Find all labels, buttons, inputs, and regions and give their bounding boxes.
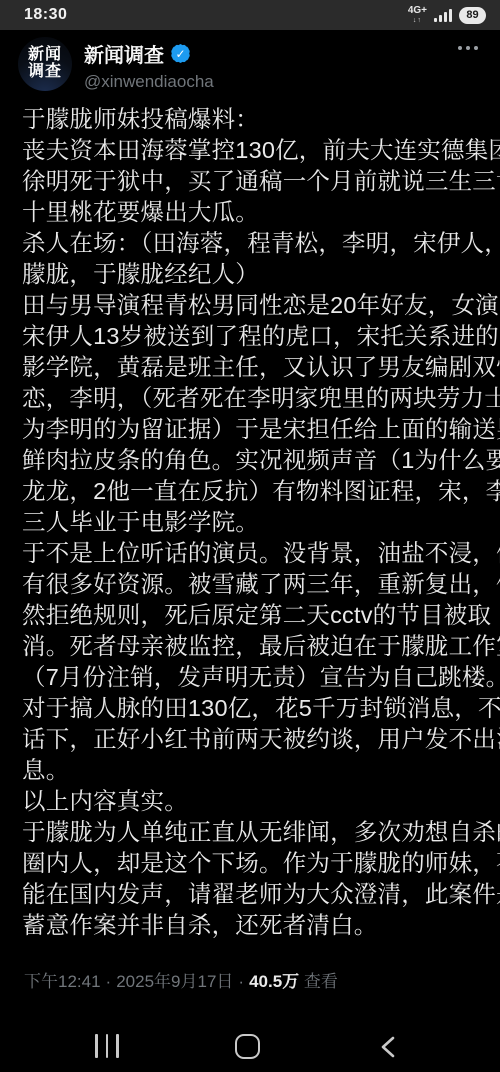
avatar[interactable]: 新闻 调查 <box>18 37 72 91</box>
network-activity-arrows: ↓↑ <box>413 17 422 24</box>
post-text-line: 杀人在场：（田海蓉，程青松，李明，宋伊人，于 <box>22 228 480 259</box>
post-text-line: 徐明死于狱中，买了通稿一个月前就说三生三世 <box>22 166 480 197</box>
post-text-line: 圈内人，却是这个下场。作为于朦胧的师妹，不 <box>22 848 480 879</box>
post-text-line: 田与男导演程青松男同性恋是20年好友，女演员 <box>22 290 480 321</box>
post-text-line: 对于搞人脉的田130亿，花5千万封锁消息，不在 <box>22 693 480 724</box>
post-text-line: 于朦胧师妹投稿爆料： <box>22 104 480 135</box>
home-icon[interactable] <box>235 1034 260 1059</box>
avatar-text-bottom: 调查 <box>28 64 62 81</box>
post-text-line: （7月份注销，发声明无责）宣告为自己跳楼。 <box>22 662 480 693</box>
post-text-line: 以上内容真实。 <box>22 786 480 817</box>
post-text: 于朦胧师妹投稿爆料：丧夫资本田海蓉掌控130亿，前夫大连实德集团徐明死于狱中，买… <box>0 92 500 941</box>
post-text-line: 有很多好资源。被雪藏了两三年，重新复出，仍 <box>22 569 480 600</box>
post-text-line: 能在国内发声，请翟老师为大众澄清，此案件是 <box>22 879 480 910</box>
post-text-line: 宋伊人13岁被送到了程的虎口，宋托关系进的电 <box>22 321 480 352</box>
author-handle[interactable]: @xinwendiaocha <box>84 72 214 92</box>
post-text-line: 为李明的为留证据）于是宋担任给上面的输送男 <box>22 414 480 445</box>
post-text-line: 蓄意作案并非自杀，还死者清白。 <box>22 910 480 941</box>
back-icon[interactable] <box>380 1035 396 1064</box>
post-text-line: 龙龙，2他一直在反抗）有物料图证程，宋，李 <box>22 476 480 507</box>
post-text-line: 消。死者母亲被监控，最后被迫在于朦胧工作室 <box>22 631 480 662</box>
post-time: 下午12:41 <box>24 972 101 991</box>
views-label[interactable]: 查看 <box>304 972 338 991</box>
post-text-line: 话下，正好小红书前两天被约谈，用户发不出消 <box>22 724 480 755</box>
battery-icon: 89 <box>459 7 486 24</box>
post-header: 新闻 调查 新闻调查 ✓ @xinwendiaocha <box>0 30 500 92</box>
post-text-line: 然拒绝规则，死后原定第二天cctv的节目被取 <box>22 600 480 631</box>
post-meta: 下午12:41·2025年9月17日·40.5万 查看 <box>0 941 500 992</box>
author-info: 新闻调查 ✓ @xinwendiaocha <box>84 37 214 92</box>
post-text-line: 影学院，黄磊是班主任，又认识了男友编剧双性 <box>22 352 480 383</box>
android-nav-bar <box>0 1020 500 1072</box>
post-text-line: 于朦胧为人单纯正直从无绯闻，多次劝想自杀的 <box>22 817 480 848</box>
post-text-line: 丧夫资本田海蓉掌控130亿，前夫大连实德集团 <box>22 135 480 166</box>
verified-badge-icon: ✓ <box>171 44 190 63</box>
post-text-line: 朦胧，于朦胧经纪人） <box>22 259 480 290</box>
network-type-icon: 4G+ ↓↑ <box>408 6 427 24</box>
post-text-line: 三人毕业于电影学院。 <box>22 507 480 538</box>
post-text-line: 息。 <box>22 755 480 786</box>
signal-strength-icon <box>434 9 452 22</box>
views-count: 40.5万 <box>249 972 299 991</box>
recent-apps-icon[interactable] <box>95 1034 119 1058</box>
post-text-line: 恋，李明，（死者死在李明家兜里的两块劳力士均 <box>22 383 480 414</box>
post-text-line: 十里桃花要爆出大瓜。 <box>22 197 480 228</box>
phone-screen: 18:30 4G+ ↓↑ 89 新闻 调查 新闻调查 ✓ @xinwendiao… <box>0 0 500 1072</box>
more-options-icon[interactable] <box>456 40 480 56</box>
post-date: 2025年9月17日 <box>116 972 233 991</box>
author-name[interactable]: 新闻调查 <box>84 39 164 68</box>
status-indicators: 4G+ ↓↑ 89 <box>408 6 486 24</box>
avatar-text-top: 新闻 <box>28 47 62 64</box>
post-text-line: 鲜肉拉皮条的角色。实况视频声音（1为什么要抓 <box>22 445 480 476</box>
status-bar: 18:30 4G+ ↓↑ 89 <box>0 0 500 30</box>
network-type-label: 4G+ <box>408 6 427 16</box>
status-time: 18:30 <box>24 6 67 24</box>
post-text-line: 于不是上位听话的演员。没背景，油盐不浸，他 <box>22 538 480 569</box>
